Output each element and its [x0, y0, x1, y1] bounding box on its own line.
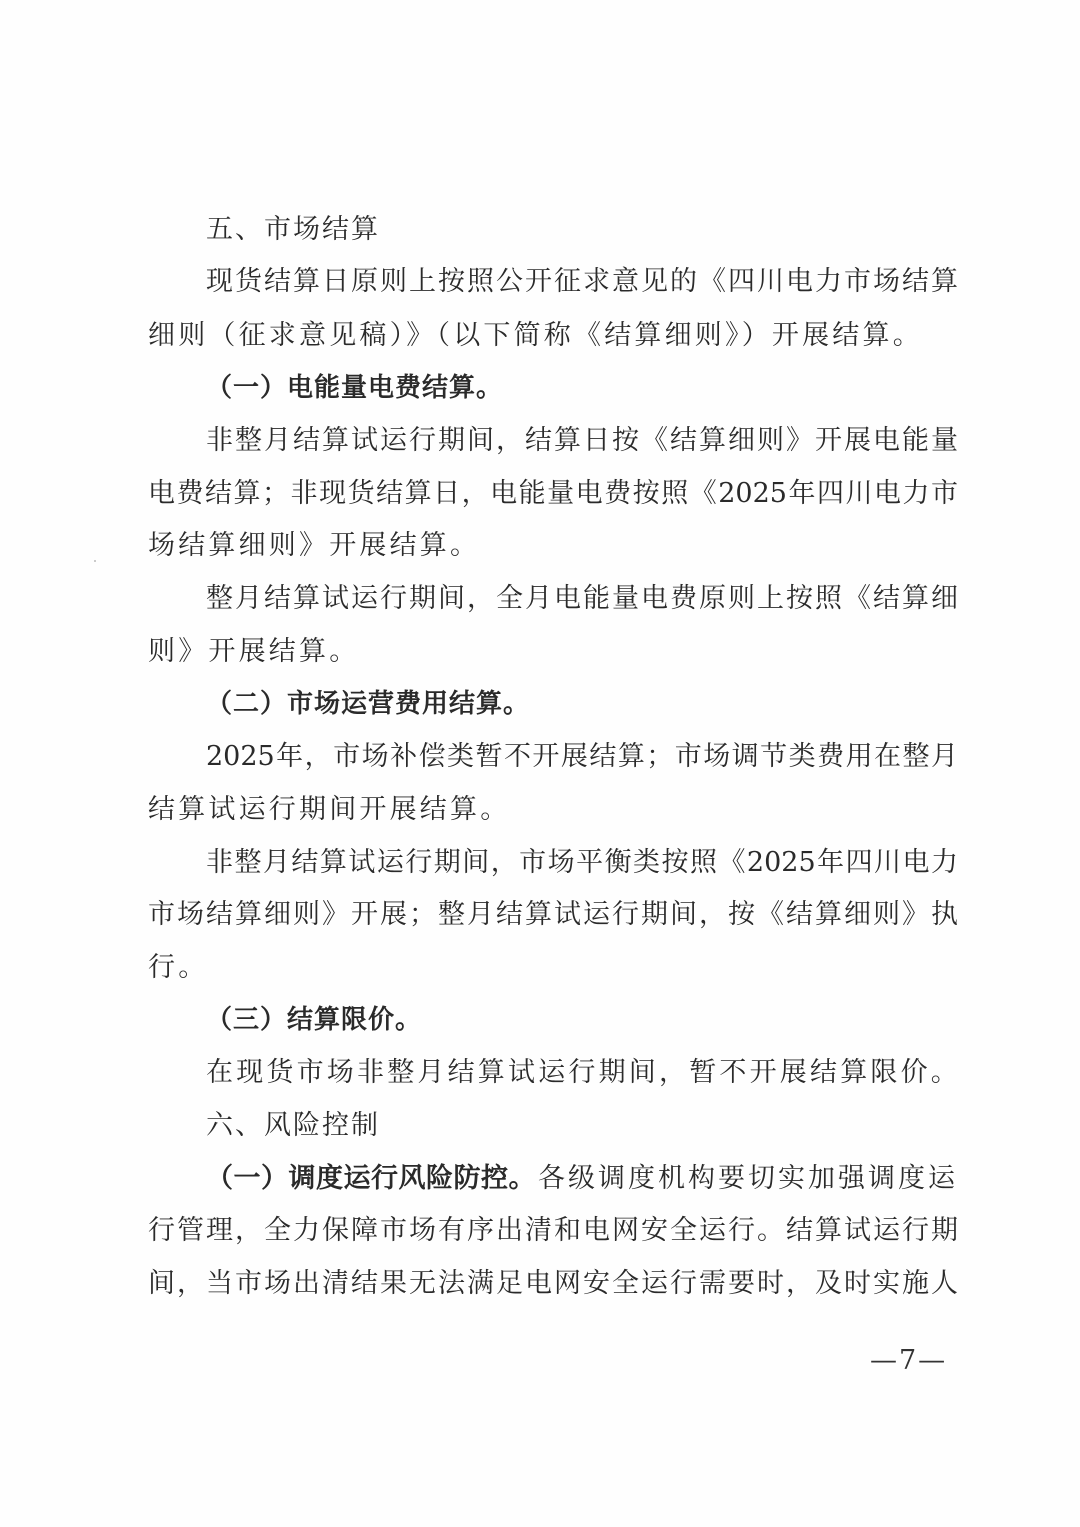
scan-speck	[94, 560, 96, 562]
paragraph-line: 间，当市场出清结果无法满足电网安全运行需要时，及时实施人	[148, 1266, 958, 1302]
paragraph-line-with-lead: （一）调度运行风险防控。 各级调度机构要切实加强调度运	[206, 1161, 958, 1197]
bold-lead-dispatch-risk: （一）调度运行风险防控。	[206, 1161, 536, 1197]
paragraph-line: 市场结算细则》开展；整月结算试运行期间，按《结算细则》执	[148, 897, 958, 933]
paragraph-line: 非整月结算试运行期间，结算日按《结算细则》开展电能量	[206, 423, 958, 459]
paragraph-line: 在现货市场非整月结算试运行期间，暂不开展结算限价。	[206, 1055, 958, 1091]
paragraph-text: 各级调度机构要切实加强调度运	[538, 1161, 958, 1197]
paragraph-line: 场结算细则》开展结算。	[148, 528, 958, 564]
section-heading-risk-control: 六、风险控制	[206, 1108, 958, 1144]
paragraph-line: 行。	[148, 950, 958, 986]
document-page: 五、市场结算 现货结算日原则上按照公开征求意见的《四川电力市场结算 细则（征求意…	[0, 0, 1080, 1527]
paragraph-line: 现货结算日原则上按照公开征求意见的《四川电力市场结算	[206, 264, 958, 300]
subheading-energy-fee-settlement: （一）电能量电费结算。	[206, 370, 958, 406]
paragraph-line: 电费结算；非现货结算日，电能量电费按照《2025年四川电力市	[148, 476, 958, 512]
subheading-operating-fee-settlement: （二）市场运营费用结算。	[206, 686, 958, 722]
page-number: —7—	[870, 1345, 947, 1377]
paragraph-line: 整月结算试运行期间，全月电能量电费原则上按照《结算细	[206, 581, 958, 617]
paragraph-line: 非整月结算试运行期间，市场平衡类按照《2025年四川电力	[206, 845, 958, 881]
paragraph-line: 2025年，市场补偿类暂不开展结算；市场调节类费用在整月	[206, 739, 958, 775]
section-heading-market-settlement: 五、市场结算	[206, 212, 958, 248]
paragraph-line: 行管理，全力保障市场有序出清和电网安全运行。结算试运行期	[148, 1213, 958, 1249]
paragraph-line: 结算试运行期间开展结算。	[148, 792, 958, 828]
paragraph-line: 则》开展结算。	[148, 634, 958, 670]
subheading-settlement-price-limit: （三）结算限价。	[206, 1002, 958, 1038]
paragraph-line: 细则（征求意见稿）》（以下简称《结算细则》）开展结算。	[148, 318, 958, 354]
